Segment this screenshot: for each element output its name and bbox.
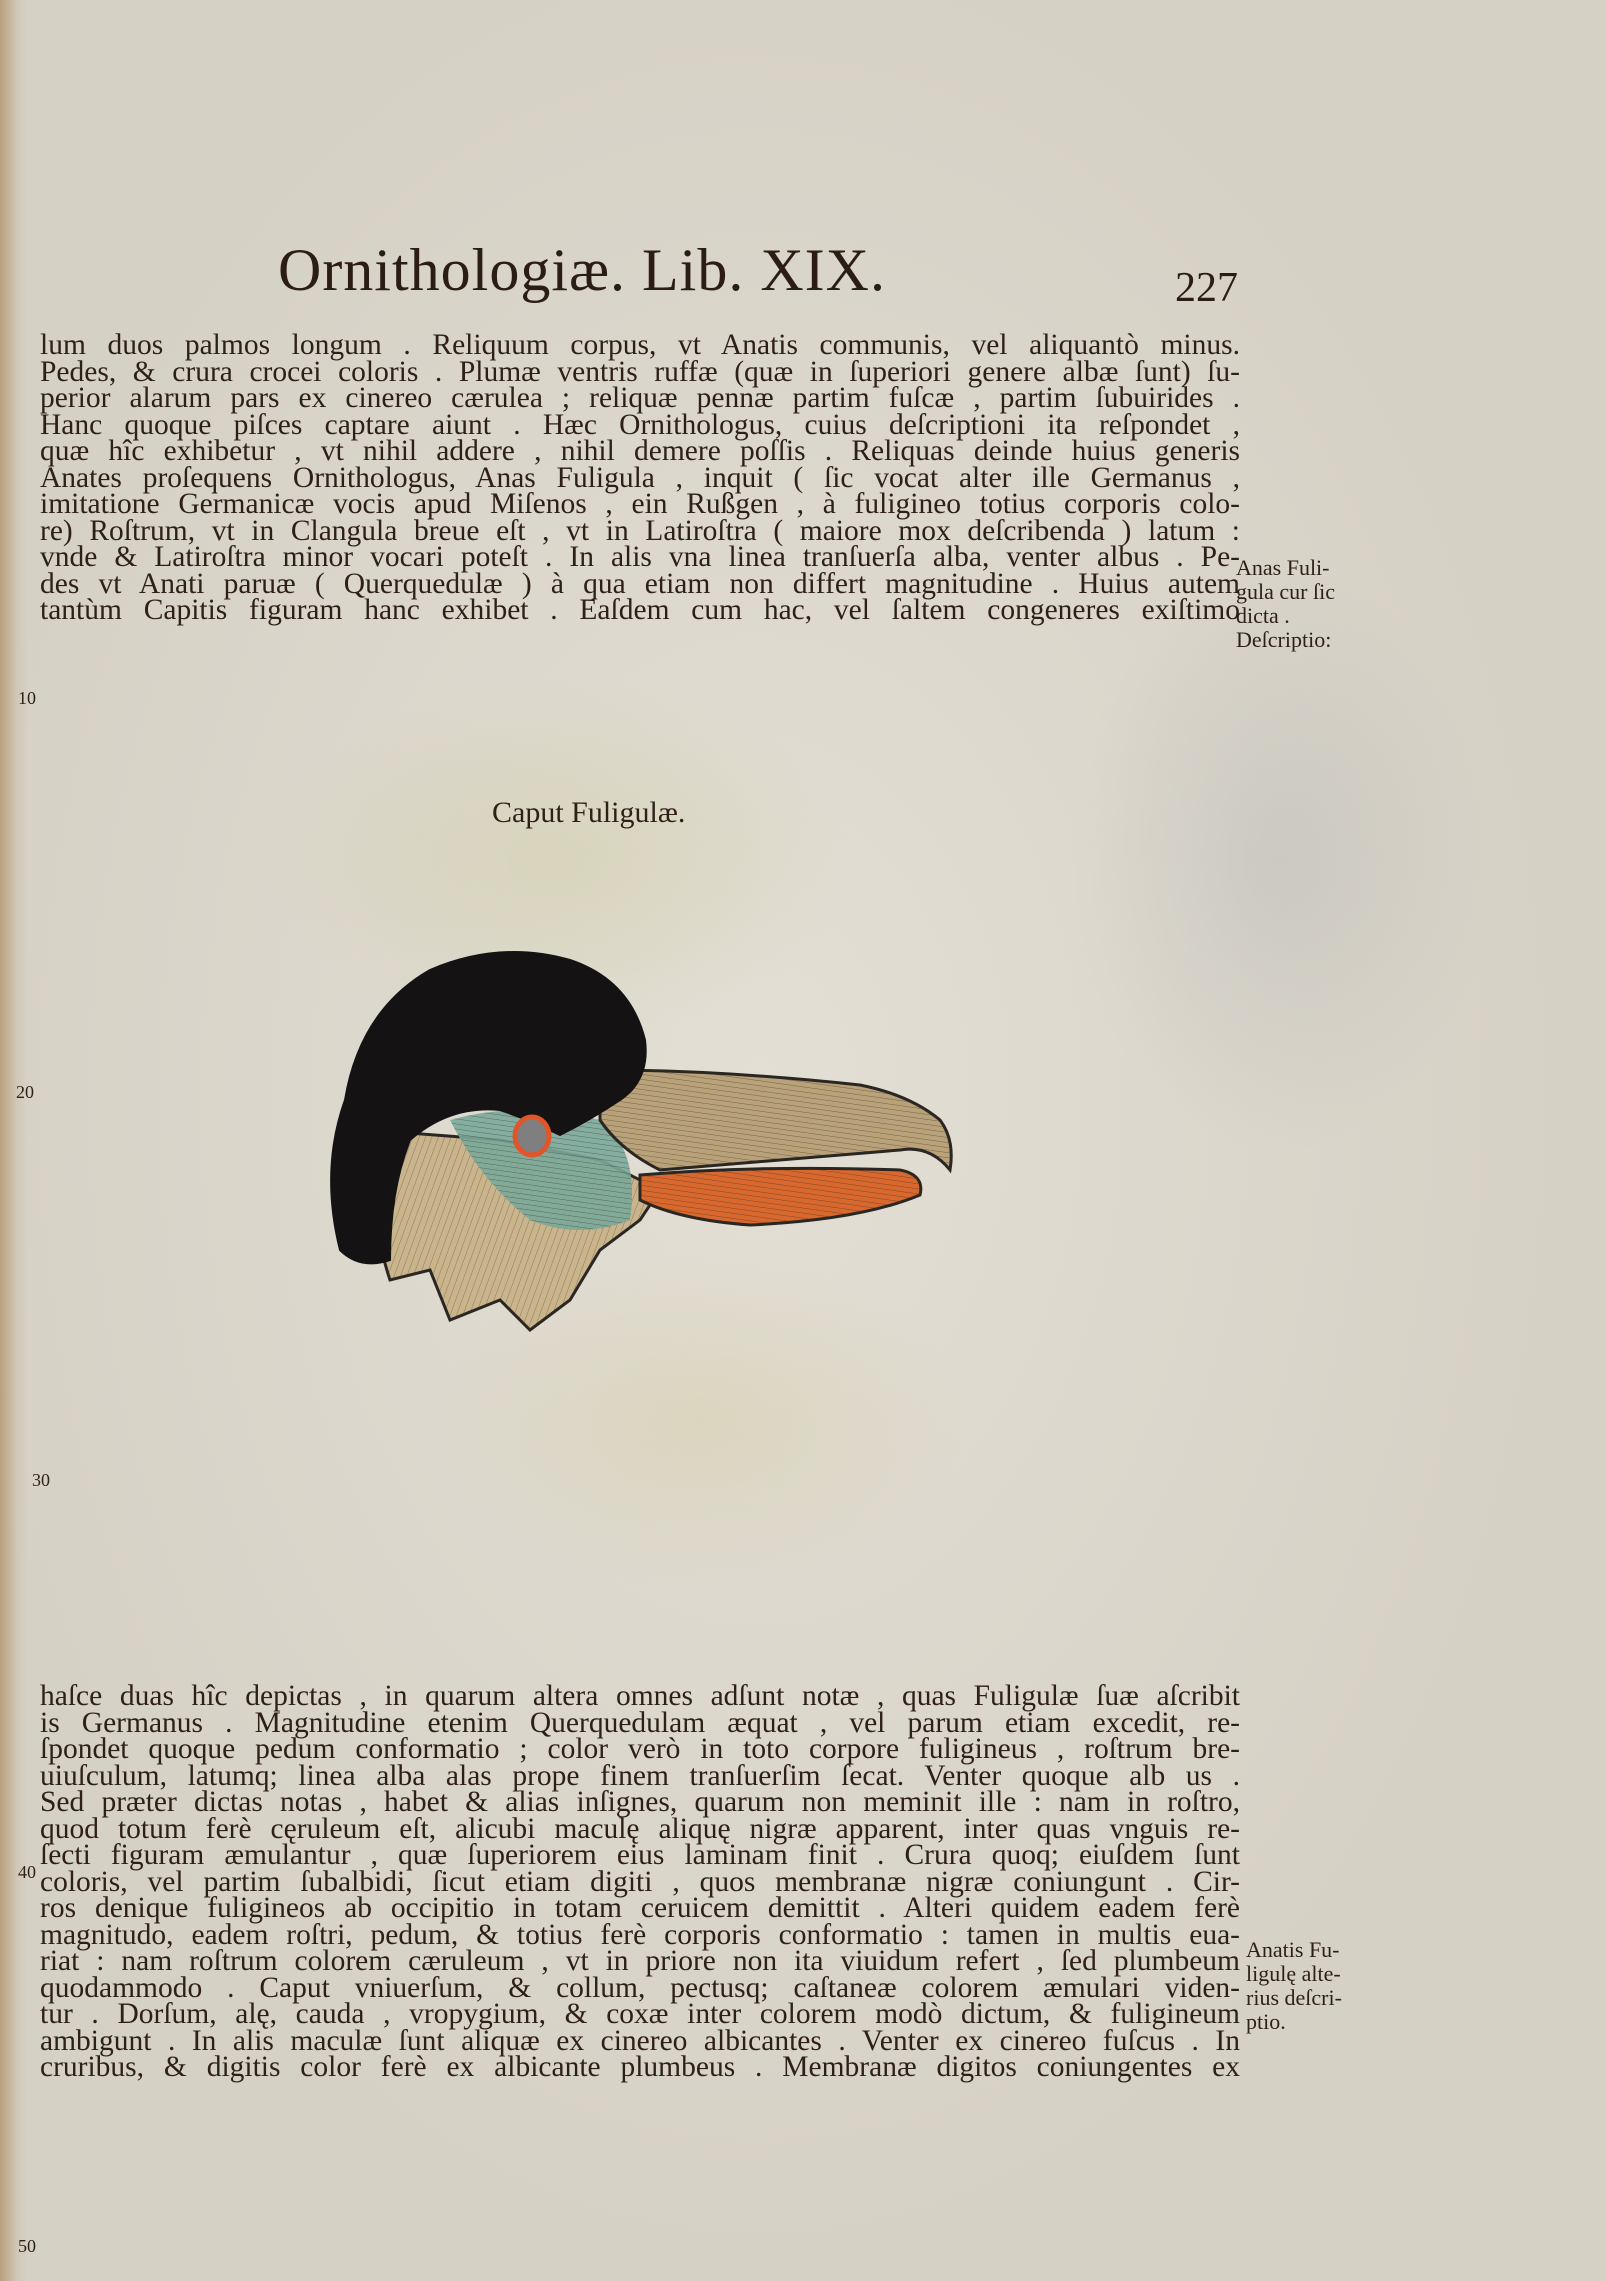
line-number: 20 (16, 1082, 34, 1103)
margin-note-line: rius deſcri- (1246, 1986, 1342, 2010)
line-number: 50 (18, 2236, 36, 2257)
upper-text-block: lum duos palmos longum . Reliquum corpus… (40, 332, 1240, 624)
text-line: ros denique fuligineos ab occipitio in t… (40, 1895, 1240, 1922)
text-line: haſce duas hîc depictas , in quarum alte… (40, 1683, 1240, 1710)
margin-note-anatis-fuligulae: Anatis Fu- ligulę alte- rius deſcri- pti… (1246, 1938, 1342, 2034)
margin-note-anas-fuligula: Anas Fuli- gula cur ſic dicta . Deſcript… (1236, 556, 1335, 652)
margin-note-line: ptio. (1246, 2010, 1342, 2034)
margin-note-line: gula cur ſic (1236, 580, 1335, 604)
margin-note-line: dicta . (1236, 604, 1335, 628)
figure-caption: Caput Fuligulæ. (492, 796, 685, 830)
duck-head-illustration (300, 920, 980, 1350)
text-line: tantùm Capitis figuram hanc exhibet . Ea… (40, 597, 1240, 624)
page-header: Ornithologiæ. Lib. XIX. 227 (278, 236, 1238, 316)
text-line: riat : nam roſtrum colorem cæruleum , vt… (40, 1948, 1240, 1975)
page-number: 227 (1175, 264, 1238, 312)
lower-text-block: haſce duas hîc depictas , in quarum alte… (40, 1683, 1240, 2081)
text-line: Sed præter dictas notas , habet & alias … (40, 1789, 1240, 1816)
text-line: vnde & Latiroſtra minor vocari poteſt . … (40, 544, 1240, 571)
text-line: cruribus, & digitis color ferè ex albica… (40, 2054, 1240, 2081)
text-line: imitatione Germanicæ vocis apud Miſenos … (40, 491, 1240, 518)
line-number: 40 (18, 1862, 36, 1883)
text-line: tur . Dorſum, alę, cauda , vropygium, & … (40, 2001, 1240, 2028)
line-number: 10 (18, 688, 36, 709)
text-line: quæ hîc exhibetur , vt nihil addere , ni… (40, 438, 1240, 465)
duck-head-icon (300, 920, 980, 1350)
margin-note-line: ligulę alte- (1246, 1962, 1342, 1986)
text-line: ſecti figuram æmulantur , quæ ſuperiorem… (40, 1842, 1240, 1869)
page-gutter (0, 0, 28, 2281)
text-line: perior alarum pars ex cinereo cærulea ; … (40, 385, 1240, 412)
text-line: lum duos palmos longum . Reliquum corpus… (40, 332, 1240, 359)
margin-note-line: Anas Fuli- (1236, 556, 1335, 580)
margin-note-line: Deſcriptio: (1236, 628, 1335, 652)
running-title: Ornithologiæ. Lib. XIX. (278, 236, 886, 305)
margin-note-line: Anatis Fu- (1246, 1938, 1342, 1962)
line-number: 30 (32, 1470, 50, 1491)
book-page: Ornithologiæ. Lib. XIX. 227 lum duos pal… (0, 0, 1606, 2281)
text-line: ſpondet quoque pedum conformatio ; color… (40, 1736, 1240, 1763)
